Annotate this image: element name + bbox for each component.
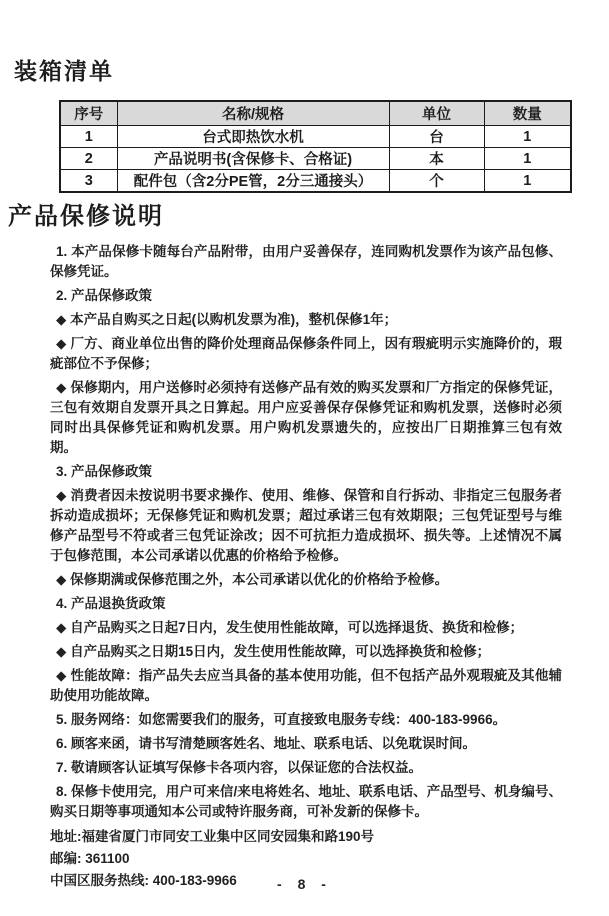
warranty-paragraph: 5. 服务网络：如您需要我们的服务，可直接致电服务专线：400-183-9966… — [50, 710, 562, 730]
warranty-paragraph: 1. 本产品保修卡随每台产品附带，由用户妥善保存，连同购机发票作为该产品包修、保… — [50, 242, 562, 282]
table-cell: 本 — [389, 148, 484, 170]
warranty-paragraph: 7. 敬请顾客认证填写保修卡各项内容，以保证您的合法权益。 — [50, 758, 562, 778]
warranty-paragraph: ◆ 自产品购买之日期15日内，发生使用性能故障，可以选择换货和检修； — [50, 642, 562, 662]
warranty-paragraph: ◆ 保修期满或保修范围之外，本公司承诺以优化的价格给予检修。 — [50, 570, 562, 590]
warranty-paragraph: 2. 产品保修政策 — [50, 286, 562, 306]
table-header-cell-name: 名称/规格 — [117, 101, 389, 126]
warranty-paragraph: ◆ 消费者因未按说明书要求操作、使用、维修、保管和自行拆动、非指定三包服务者拆动… — [50, 486, 562, 566]
warranty-title: 产品保修说明 — [8, 202, 609, 232]
table-row: 3 配件包（含2分PE管，2分三通接头） 个 1 — [60, 170, 571, 193]
manual-page: 装箱清单 序号 名称/规格 单位 数量 1 台式即热饮水机 台 1 2 产品说明… — [0, 0, 609, 916]
warranty-paragraph: ◆ 本产品自购买之日起(以购机发票为准)，整机保修1年； — [50, 310, 562, 330]
table-cell: 产品说明书(含保修卡、合格证) — [117, 148, 389, 170]
table-cell: 3 — [60, 170, 117, 193]
table-header-cell-unit: 单位 — [389, 101, 484, 126]
company-address-line: 地址:福建省厦门市同安工业集中区同安园集和路190号 — [50, 826, 562, 848]
warranty-paragraph: 6. 顾客来函，请书写清楚顾客姓名、地址、联系电话、以免耽误时间。 — [50, 734, 562, 754]
warranty-paragraph: 8. 保修卡使用完，用户可来信/来电将姓名、地址、联系电话、产品型号、机身编号、… — [50, 782, 562, 822]
table-header-row: 序号 名称/规格 单位 数量 — [60, 101, 571, 126]
table-cell: 台 — [389, 126, 484, 148]
table-cell: 1 — [484, 148, 571, 170]
table-cell: 2 — [60, 148, 117, 170]
warranty-paragraph: 3. 产品保修政策 — [50, 462, 562, 482]
warranty-paragraph: 4. 产品退换货政策 — [50, 594, 562, 614]
table-header-cell-qty: 数量 — [484, 101, 571, 126]
page-number: - 8 - — [0, 876, 609, 892]
warranty-body: 1. 本产品保修卡随每台产品附带，由用户妥善保存，连同购机发票作为该产品包修、保… — [50, 242, 562, 892]
packing-list-title: 装箱清单 — [14, 57, 609, 85]
table-cell: 个 — [389, 170, 484, 193]
warranty-paragraph: ◆ 保修期内，用户送修时必须持有送修产品有效的购买发票和厂方指定的保修凭证，三包… — [50, 378, 562, 458]
company-postcode-line: 邮编: 361100 — [50, 848, 562, 870]
table-cell: 1 — [484, 170, 571, 193]
warranty-paragraph: ◆ 自产品购买之日起7日内，发生使用性能故障，可以选择退货、换货和检修； — [50, 618, 562, 638]
warranty-paragraph: ◆ 性能故障：指产品失去应当具备的基本使用功能，但不包括产品外观瑕疵及其他辅助使… — [50, 666, 562, 706]
warranty-paragraph: ◆ 厂方、商业单位出售的降价处理商品保修条件同上，因有瑕疵明示实施降价的，瑕疵部… — [50, 334, 562, 374]
table-row: 1 台式即热饮水机 台 1 — [60, 126, 571, 148]
table-cell: 台式即热饮水机 — [117, 126, 389, 148]
table-cell: 配件包（含2分PE管，2分三通接头） — [117, 170, 389, 193]
table-cell: 1 — [484, 126, 571, 148]
packing-list-table: 序号 名称/规格 单位 数量 1 台式即热饮水机 台 1 2 产品说明书(含保修… — [59, 100, 572, 193]
table-row: 2 产品说明书(含保修卡、合格证) 本 1 — [60, 148, 571, 170]
table-header-cell-no: 序号 — [60, 101, 117, 126]
table-cell: 1 — [60, 126, 117, 148]
